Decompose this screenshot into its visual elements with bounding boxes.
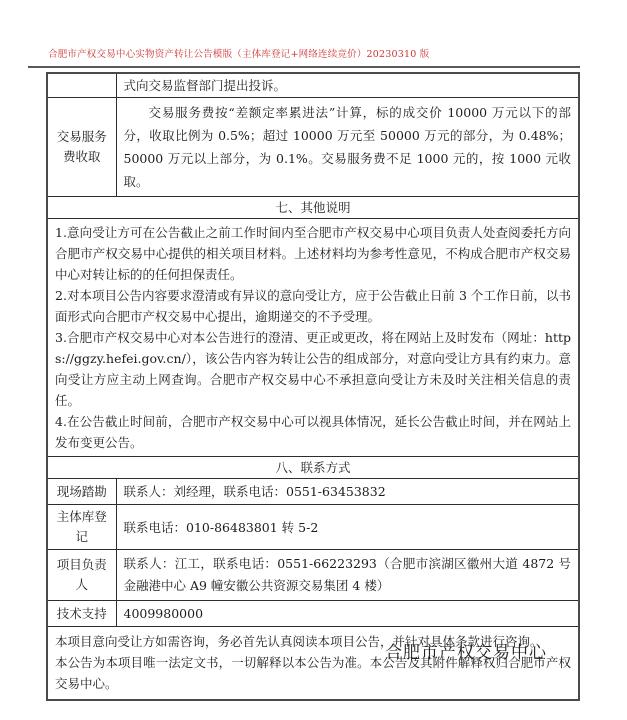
contact-label-tech-support: 技术支持 — [47, 601, 116, 627]
continuation-text: 式向交易监督部门提出投诉。 — [116, 73, 579, 98]
contact-text-registry: 联系电话：010-86483801 转 5-2 — [116, 505, 579, 550]
table-row: 八、联系方式 — [47, 457, 579, 479]
contact-label-site-survey: 现场踏勘 — [47, 479, 116, 505]
page-header: 合肥市产权交易中心实物资产转让公告模版（主体库登记+网络连续竞价）2023031… — [28, 40, 580, 68]
table-row: 1.意向受让方可在公告截止之前工作时间内至合肥市产权交易中心项目负责人处查阅委托… — [47, 219, 579, 457]
fee-row-text: 交易服务费按“差额定率累进法”计算，标的成交价 10000 万元以下的部分，收取… — [116, 98, 579, 197]
continuation-label-cell — [47, 73, 116, 98]
table-row: 交易服务费收取 交易服务费按“差额定率累进法”计算，标的成交价 10000 万元… — [47, 98, 579, 197]
announcement-table: 式向交易监督部门提出投诉。 交易服务费收取 交易服务费按“差额定率累进法”计算，… — [46, 72, 580, 701]
contact-text-site-survey: 联系人：刘经理，联系电话：0551-63453832 — [116, 479, 579, 505]
contact-label-registry: 主体库登记 — [47, 505, 116, 550]
other-item-2: 2.对本项目公告内容要求澄清或有异议的意向受让方，应于公告截止日前 3 个工作日… — [55, 285, 571, 327]
table-row: 主体库登记 联系电话：010-86483801 转 5-2 — [47, 505, 579, 550]
other-item-3: 3.合肥市产权交易中心对本公告进行的澄清、更正或更改，将在网站上及时发布（网址：… — [55, 327, 571, 411]
header-note: 合肥市产权交易中心实物资产转让公告模版（主体库登记+网络连续竞价）2023031… — [48, 49, 429, 60]
table-row: 式向交易监督部门提出投诉。 — [47, 73, 579, 98]
fee-row-label: 交易服务费收取 — [47, 98, 116, 197]
document-page: 合肥市产权交易中心实物资产转让公告模版（主体库登记+网络连续竞价）2023031… — [0, 0, 627, 720]
other-item-1: 1.意向受让方可在公告截止之前工作时间内至合肥市产权交易中心项目负责人处查阅委托… — [55, 222, 571, 285]
table-row: 技术支持 4009980000 — [47, 601, 579, 627]
issuer-signature: 合肥市产权交易中心 — [385, 638, 547, 663]
contact-text-tech-support: 4009980000 — [116, 601, 579, 627]
section-other-title: 七、其他说明 — [47, 197, 579, 219]
contact-label-project-manager: 项目负责人 — [47, 550, 116, 601]
table-row: 七、其他说明 — [47, 197, 579, 219]
table-row: 项目负责人 联系人：江工，联系电话：0551-66223293（合肥市滨湖区徽州… — [47, 550, 579, 601]
other-items-cell: 1.意向受让方可在公告截止之前工作时间内至合肥市产权交易中心项目负责人处查阅委托… — [47, 219, 579, 457]
contact-text-project-manager: 联系人：江工，联系电话：0551-66223293（合肥市滨湖区徽州大道 487… — [116, 550, 579, 601]
section-contact-title: 八、联系方式 — [47, 457, 579, 479]
table-row: 现场踏勘 联系人：刘经理，联系电话：0551-63453832 — [47, 479, 579, 505]
other-item-4: 4.在公告截止时间前，合肥市产权交易中心可以视具体情况，延长公告截止时间，并在网… — [55, 411, 571, 453]
